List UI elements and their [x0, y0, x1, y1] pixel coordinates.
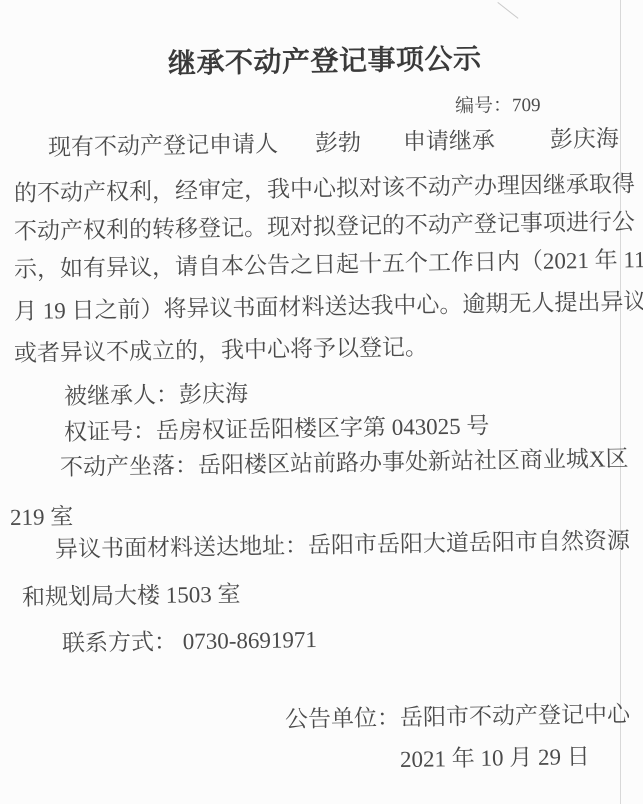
decedent-line: 被继承人：彭庆海	[64, 381, 248, 410]
scanned-notice-page: 继承不动产登记事项公示 编号：709 现有不动产登记申请人彭勃申请继承彭庆海 的…	[0, 0, 643, 804]
objection-address-line2: 和规划局大楼 1503 室	[22, 582, 241, 612]
certificate-number-line: 权证号：岳房权证岳阳楼区字第 043025 号	[64, 413, 490, 446]
para1-line1-verb: 申请继承	[403, 128, 495, 156]
para1-line2: 的不动产权利，经审定，我中心拟对该不动产办理因继承取得	[14, 171, 635, 207]
contact-line: 联系方式： 0730-8691971	[62, 627, 317, 657]
para1-line1-intro: 现有不动产登记申请人	[48, 131, 278, 160]
para1-line5: 月 19 日之前）将异议书面材料送达我中心。逾期无人提出异议	[14, 289, 643, 325]
property-location-line1: 不动产坐落：岳阳楼区站前路办事处新站社区商业城X区	[60, 446, 629, 481]
para1-line6: 或者异议不成立的，我中心将予以登记。	[14, 334, 428, 367]
scan-edge-line	[620, 0, 621, 804]
para1-line3: 不动产权利的转移登记。现对拟登记的不动产登记事项进行公	[14, 209, 635, 245]
para1-line4: 示，如有异议，请自本公告之日起十五个工作日内（2021 年 11	[14, 247, 643, 283]
para1-line1: 现有不动产登记申请人彭勃申请继承彭庆海	[48, 126, 619, 161]
doc-number: 编号：709	[455, 90, 541, 118]
issuing-unit-line: 公告单位：岳阳市不动产登记中心	[285, 702, 630, 734]
objection-address-line1: 异议书面材料送达地址：岳阳市岳阳大道岳阳市自然资源	[55, 528, 630, 563]
property-location-line2: 219 室	[10, 504, 74, 531]
applicant-name: 彭勃	[315, 130, 361, 157]
notice-title: 继承不动产登记事项公示	[168, 37, 482, 82]
issue-date-line: 2021 年 10 月 29 日	[400, 744, 590, 773]
scan-artifact-mark	[497, 2, 518, 19]
decedent-name-inline: 彭庆海	[550, 126, 619, 154]
